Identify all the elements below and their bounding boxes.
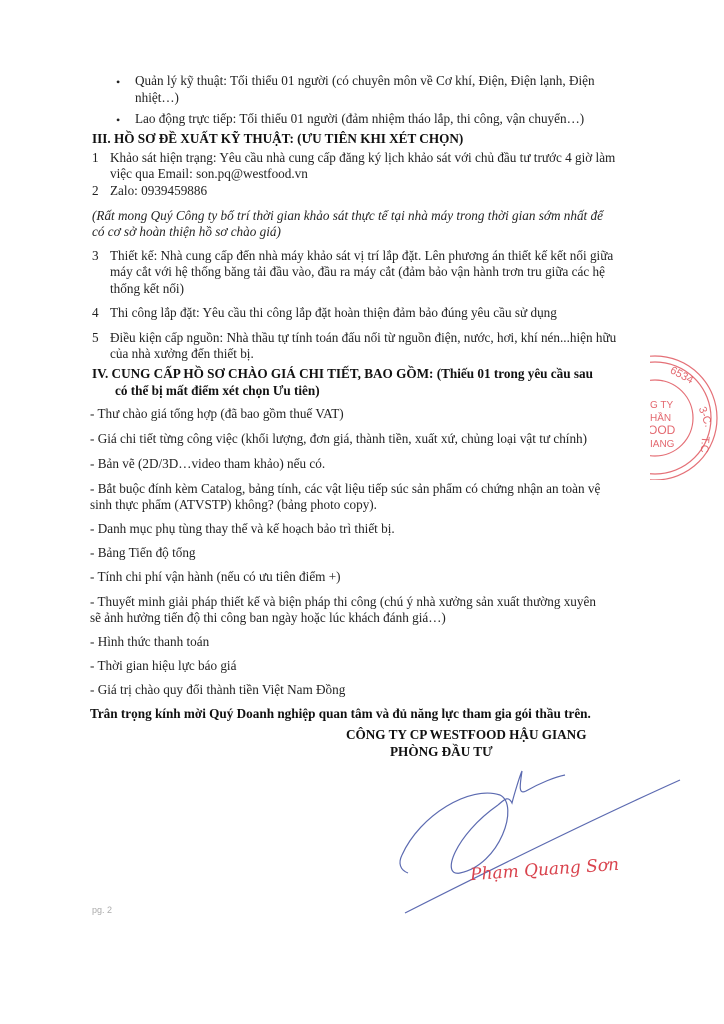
- bullet-icon: •: [116, 75, 120, 90]
- s3-item-1-line-1: Khảo sát hiện trạng: Yêu cầu nhà cung cấ…: [110, 150, 615, 166]
- item-number: 1: [92, 150, 99, 166]
- bullet-icon: •: [116, 113, 120, 128]
- item-number: 3: [92, 248, 99, 264]
- s3-item-3-line-2: máy cắt với hệ thống băng tải đầu vào, đ…: [110, 264, 605, 280]
- section-3-heading: III. HỒ SƠ ĐỀ XUẤT KỸ THUẬT: (ƯU TIÊN KH…: [92, 131, 463, 147]
- email-prefix: việc qua Email:: [110, 166, 196, 181]
- contact-email-link[interactable]: son.pq@westfood.vn: [196, 166, 308, 181]
- s4-item: - Bảng Tiến độ tổng: [90, 545, 196, 561]
- s4-item: - Bắt buộc đính kèm Catalog, bảng tính, …: [90, 481, 600, 497]
- item-number: 4: [92, 305, 99, 321]
- s4-item: - Thuyết minh giải pháp thiết kế và biện…: [90, 594, 596, 610]
- s4-item: - Giá trị chào quy đổi thành tiền Việt N…: [90, 682, 345, 698]
- closing-invitation: Trân trọng kính mời Quý Doanh nghiệp qua…: [90, 706, 591, 722]
- company-name: CÔNG TY CP WESTFOOD HẬU GIANG: [346, 727, 586, 743]
- page-number: pg. 2: [92, 905, 112, 915]
- s4-item-cont: sinh thực phẩm (ATVSTP) không? (bảng pho…: [90, 497, 377, 513]
- section-4-heading-line-1: IV. CUNG CẤP HỒ SƠ CHÀO GIÁ CHI TIẾT, BA…: [92, 366, 593, 382]
- s4-item: - Thư chào giá tổng hợp (đã bao gồm thuế…: [90, 406, 344, 422]
- s3-item-5-line-1: Điều kiện cấp nguồn: Nhà thầu tự tính to…: [110, 330, 616, 346]
- stamp-line-3: OOD: [650, 423, 676, 437]
- stamp-line-1: G TY: [650, 400, 673, 411]
- svg-text:3-C.: 3-C.: [696, 405, 714, 429]
- document-page: • Quản lý kỹ thuật: Tối thiểu 01 người (…: [0, 0, 724, 1024]
- item-number: 2: [92, 183, 99, 199]
- stamp-line-4: IANG: [650, 439, 675, 450]
- svg-text:T.C: T.C: [698, 436, 711, 454]
- s4-item: - Danh mục phụ tùng thay thế và kế hoạch…: [90, 521, 395, 537]
- s3-item-2-zalo: Zalo: 0939459886: [110, 183, 207, 199]
- section-4-heading-line-2: có thể bị mất điểm xét chọn Ưu tiên): [115, 383, 320, 399]
- s4-item: - Thời gian hiệu lực báo giá: [90, 658, 236, 674]
- s3-item-1-line-2: việc qua Email: son.pq@westfood.vn: [110, 166, 308, 182]
- s4-item: - Hình thức thanh toán: [90, 634, 209, 650]
- s4-item: - Giá chi tiết từng công việc (khối lượn…: [90, 431, 587, 447]
- s3-note-line-2: có cơ sở hoàn thiện hồ sơ chào giá): [92, 224, 281, 240]
- handwritten-signature-icon: [380, 755, 700, 915]
- s3-item-3-line-1: Thiết kế: Nhà cung cấp đến nhà máy khảo …: [110, 248, 613, 264]
- s4-item-cont: sẽ ảnh hưởng tiến độ thi công ban ngày h…: [90, 610, 446, 626]
- s3-item-5-line-2: của nhà xưởng đến thiết bị.: [110, 346, 254, 362]
- s4-item: - Tính chi phí vận hành (nếu có ưu tiên …: [90, 569, 341, 585]
- staff-bullet-1-line-1: Quản lý kỹ thuật: Tối thiểu 01 người (có…: [135, 73, 595, 89]
- company-stamp-icon: G TY HẦN OOD IANG 6534 3-C. T.C: [650, 350, 724, 480]
- s3-item-3-line-3: thống kết nối): [110, 281, 184, 297]
- s3-item-4: Thi công lắp đặt: Yêu cầu thi công lắp đ…: [110, 305, 557, 321]
- staff-bullet-1-line-2: nhiệt…): [135, 90, 179, 106]
- s3-note-line-1: (Rất mong Quý Công ty bố trí thời gian k…: [92, 208, 603, 224]
- staff-bullet-2: Lao động trực tiếp: Tối thiểu 01 người (…: [135, 111, 584, 127]
- s4-item: - Bản vẽ (2D/3D…video tham khảo) nếu có.: [90, 456, 325, 472]
- item-number: 5: [92, 330, 99, 346]
